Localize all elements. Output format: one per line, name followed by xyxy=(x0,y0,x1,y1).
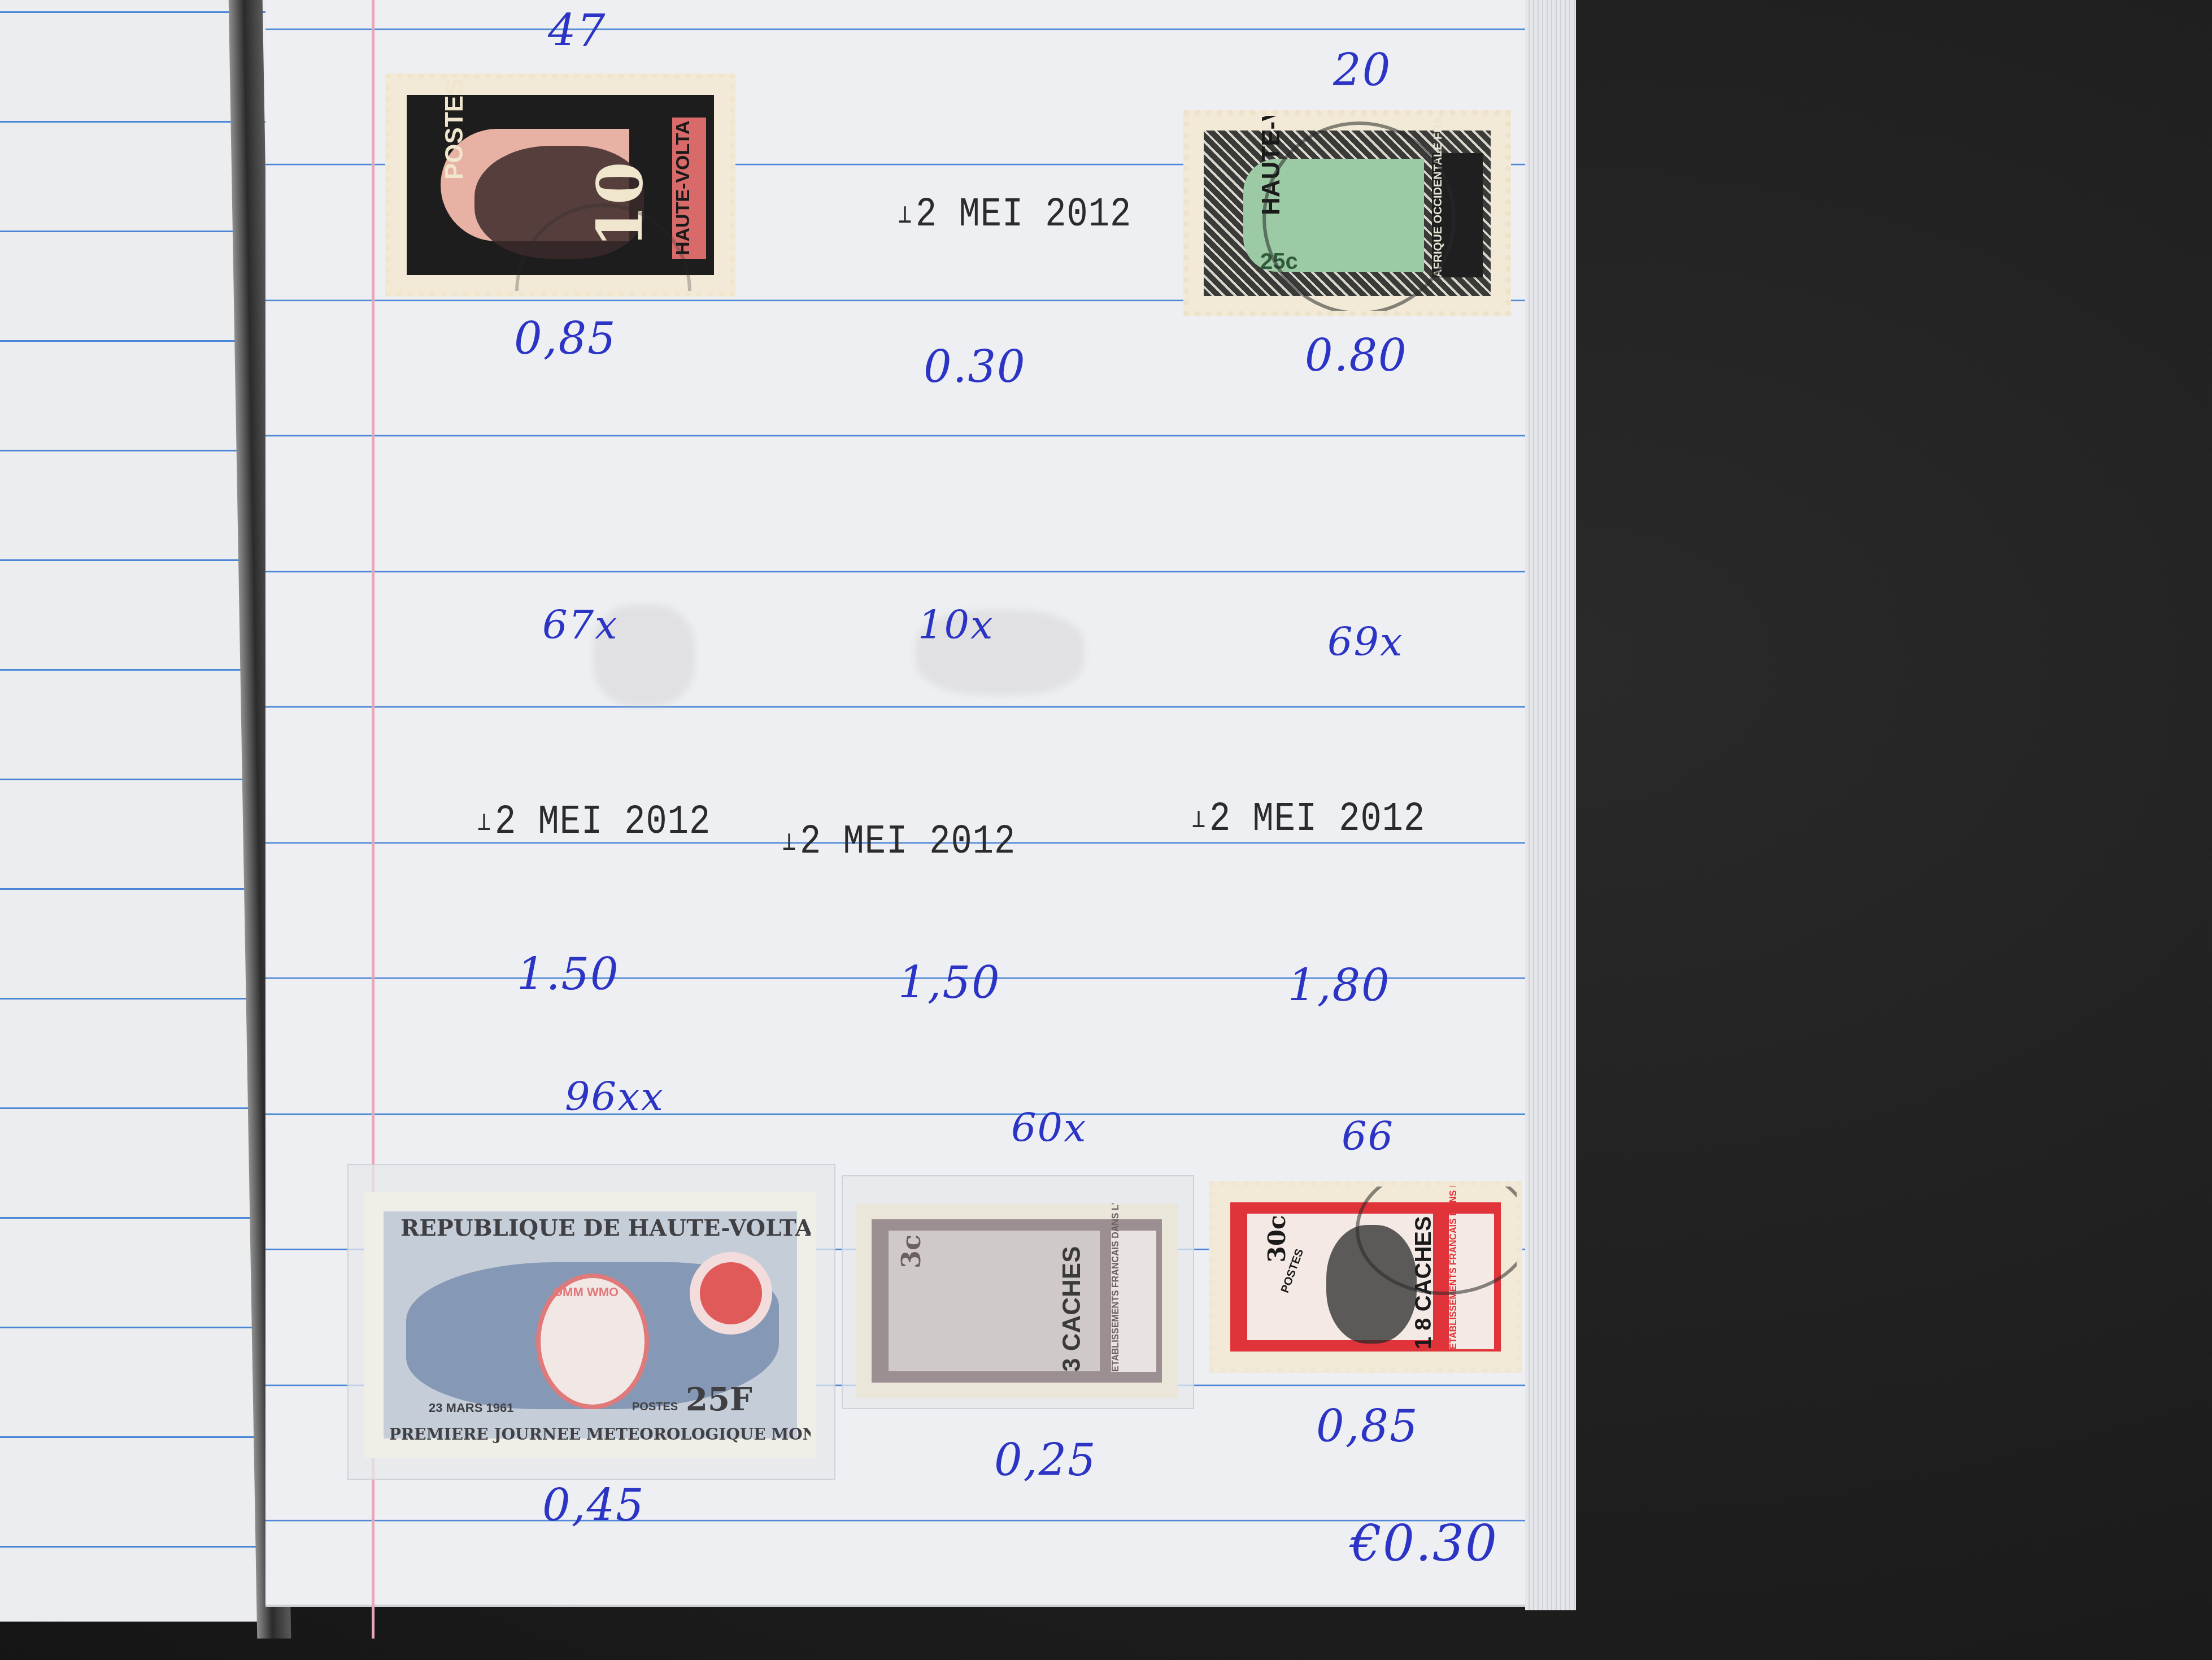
date-stamp: ⊥2 MEI 2012 xyxy=(898,192,1131,238)
catalog-number: 96xx xyxy=(565,1074,664,1120)
stamp-mark-icon: ⊥ xyxy=(898,202,912,231)
page-edges xyxy=(1525,0,1576,1610)
price: 0.30 xyxy=(924,342,1026,393)
catalog-number: 60x xyxy=(1011,1105,1087,1151)
price: 0,85 xyxy=(1316,1401,1419,1452)
catalog-number: 47 xyxy=(548,6,606,57)
price: 1,80 xyxy=(1288,961,1391,1011)
stamp-inde-18-caches: 30c POSTES 1 8 CACHES ETABLISSEMENTS FRA… xyxy=(1209,1181,1522,1373)
date-stamp: ⊥2 MEI 2012 xyxy=(477,799,711,846)
stamp-mark-icon: ⊥ xyxy=(782,829,796,858)
catalog-number: 20 xyxy=(1333,45,1391,96)
page-total: €0.30 xyxy=(1350,1514,1498,1572)
stamp-inde-3-caches: 3c 3 CACHES ETABLISSEMENTS FRANCAIS DANS… xyxy=(856,1203,1178,1398)
price: 0,45 xyxy=(542,1480,645,1531)
price: 0.80 xyxy=(1305,331,1408,381)
catalog-number: 66 xyxy=(1342,1113,1394,1159)
price: 0,85 xyxy=(514,314,617,364)
stamp-haute-volta-10: POSTES 10 HAUTE-VOLTA xyxy=(385,73,735,297)
stamp-mark-icon: ⊥ xyxy=(477,809,491,838)
price: 0,25 xyxy=(994,1435,1097,1486)
price: 1.50 xyxy=(517,949,620,1000)
stamp-mark-icon: ⊥ xyxy=(1192,806,1206,836)
stamp-haute-volta-25c: HAUTE-VOLTA AFRIQUE OCCIDENTALE FRANCAIS… xyxy=(1183,110,1511,316)
catalog-number: 69x xyxy=(1327,619,1404,665)
left-page xyxy=(0,0,265,1622)
date-stamp: ⊥2 MEI 2012 xyxy=(782,819,1016,866)
date-stamp: ⊥2 MEI 2012 xyxy=(1192,797,1425,843)
price: 1,50 xyxy=(898,958,1001,1009)
catalog-number: 10x xyxy=(918,602,994,648)
stamp-meteorological-day: REPUBLIQUE DE HAUTE-VOLTA OMM WMO 23 MAR… xyxy=(364,1192,816,1458)
catalog-number: 67x xyxy=(542,602,619,648)
